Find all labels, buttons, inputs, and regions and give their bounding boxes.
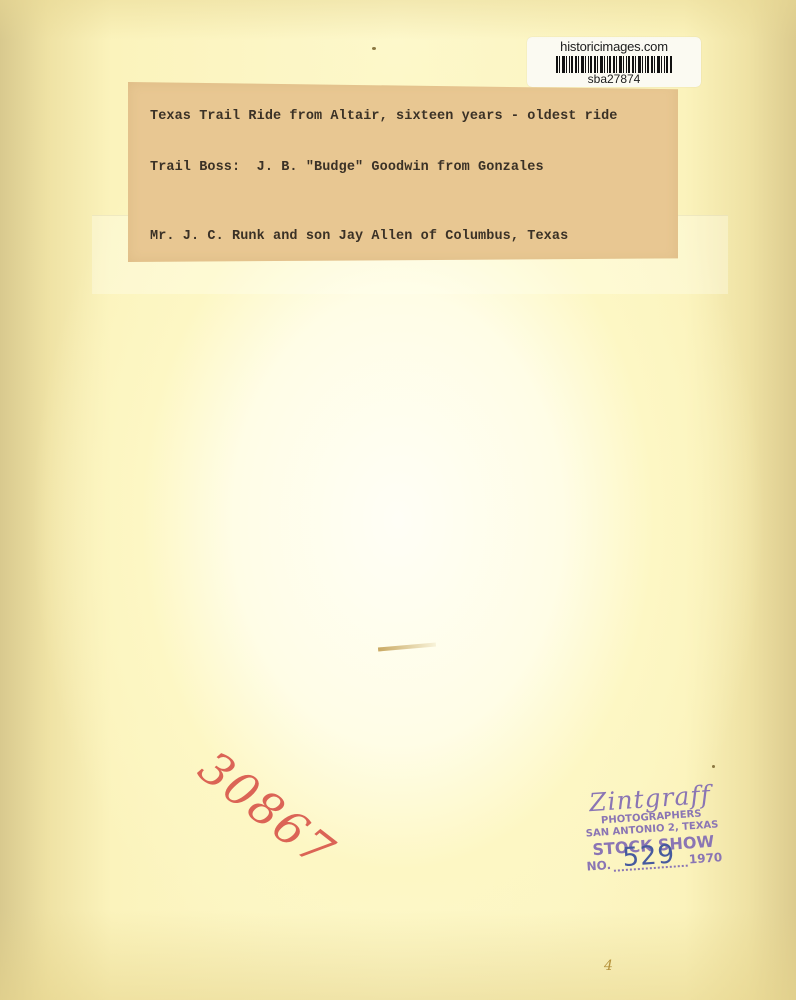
speck (372, 47, 376, 50)
stamp-year: 1970 (688, 850, 722, 866)
barcode-id-text: sba27874 (527, 73, 701, 86)
pencil-mark: 4 (604, 958, 613, 974)
barcode-icon (556, 56, 672, 73)
barcode-label: historicimages.com sba27874 (527, 37, 701, 87)
caption-line-3: Mr. J. C. Runk and son Jay Allen of Colu… (150, 229, 568, 244)
barcode-site-text: historicimages.com (527, 40, 701, 54)
photo-back-page: historicimages.com sba27874 Texas Trail … (0, 0, 796, 1000)
stamp-no-field: 529 (613, 853, 688, 872)
paper-scratch (378, 642, 436, 651)
stamp-no-label: NO. (586, 858, 611, 874)
handwritten-crayon-number: 30867 (189, 740, 345, 879)
stamp-handwritten-number: 529 (622, 839, 677, 873)
caption-line-1: Texas Trail Ride from Altair, sixteen ye… (150, 109, 617, 124)
photographer-stamp: Zintgraff PHOTOGRAPHERS SAN ANTONIO 2, T… (569, 781, 734, 875)
caption-line-2: Trail Boss: J. B. "Budge" Goodwin from G… (150, 160, 544, 175)
speck (712, 765, 715, 768)
typed-caption-label: Texas Trail Ride from Altair, sixteen ye… (128, 82, 678, 262)
